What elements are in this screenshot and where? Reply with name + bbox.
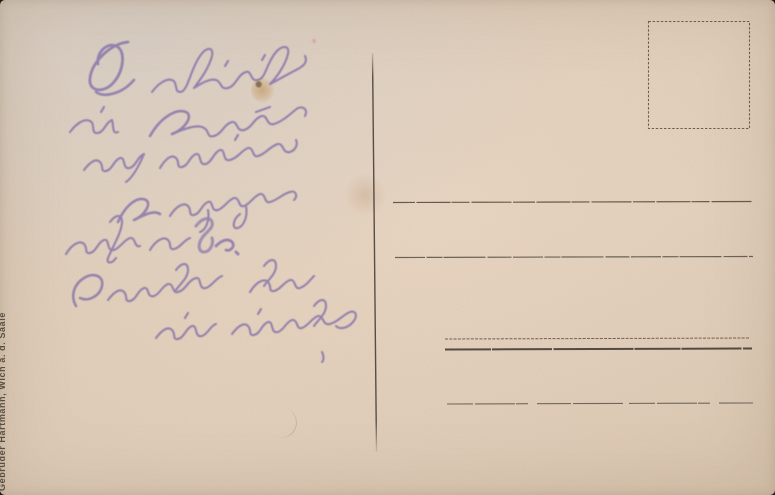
handwriting xyxy=(0,0,775,495)
publisher-imprint-text: Gebrüder Hartmann, Wich a. d. Saale xyxy=(0,312,7,491)
handwriting-line-6 xyxy=(73,260,314,306)
publisher-imprint: Gebrüder Hartmann, Wich a. d. Saale xyxy=(0,312,7,491)
handwriting-line-5 xyxy=(66,216,238,263)
handwriting-line-2 xyxy=(70,107,306,136)
handwriting-line-7 xyxy=(156,300,356,362)
handwriting-line-3 xyxy=(84,135,297,182)
handwriting-line-4 xyxy=(118,192,296,232)
postcard-back: Gebrüder Hartmann, Wich a. d. Saale Ich … xyxy=(0,0,775,495)
handwriting-line-1 xyxy=(90,42,306,95)
